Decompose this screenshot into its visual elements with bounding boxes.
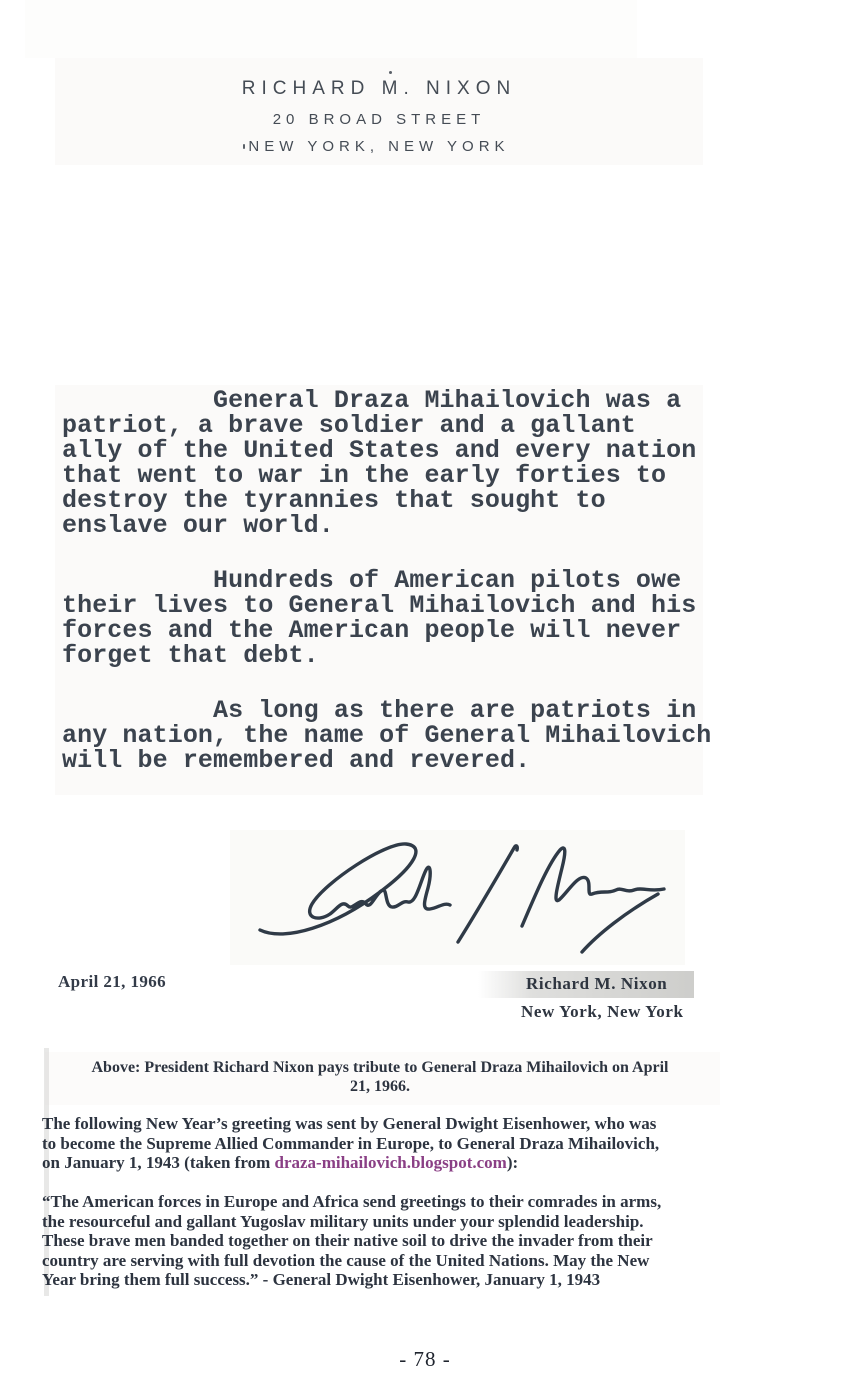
caption-line-2: 21, 1966. — [55, 1077, 705, 1096]
letter-paragraph-2: Hundreds of American pilots owe their li… — [62, 568, 762, 668]
signature-stroke-slash — [458, 846, 517, 942]
page-number: - 78 - — [0, 1347, 850, 1372]
signature-stroke-cross — [582, 894, 658, 952]
letter-body: General Draza Mihailovich was a patriot,… — [62, 388, 762, 803]
quote-line-2: the resourceful and gallant Yugoslav mil… — [42, 1212, 661, 1232]
signature-stroke-nixon — [522, 848, 664, 926]
scan-tick-artifact — [243, 144, 245, 149]
intro-line-3-before: on January 1, 1943 (taken from — [42, 1153, 275, 1172]
quote-line-4: country are serving with full devotion t… — [42, 1251, 661, 1271]
letter-paragraph-3: As long as there are patriots in any nat… — [62, 698, 762, 773]
letterhead-address-street: 20 BROAD STREET — [55, 111, 703, 128]
nixon-signature — [230, 830, 685, 965]
signed-name: Richard M. Nixon — [526, 974, 667, 994]
scan-dot-artifact — [389, 71, 392, 74]
eisenhower-quote: “The American forces in Europe and Afric… — [42, 1192, 661, 1290]
intro-line-3: on January 1, 1943 (taken from draza-mih… — [42, 1153, 659, 1173]
scan-shade-top — [25, 0, 637, 58]
signature-stroke-richard — [260, 844, 450, 934]
letterhead-address-city: NEW YORK, NEW YORK — [55, 138, 703, 155]
signed-location: New York, New York — [521, 1002, 684, 1022]
blogspot-link[interactable]: draza-mihailovich.blogspot.com — [275, 1153, 507, 1172]
intro-line-3-after: ): — [507, 1153, 518, 1172]
quote-line-5: Year bring them full success.” - General… — [42, 1270, 661, 1290]
intro-line-2: to become the Supreme Allied Commander i… — [42, 1134, 659, 1154]
intro-paragraph: The following New Year’s greeting was se… — [42, 1114, 659, 1173]
quote-line-3: These brave men banded together on their… — [42, 1231, 661, 1251]
quote-line-1: “The American forces in Europe and Afric… — [42, 1192, 661, 1212]
letter-date: April 21, 1966 — [58, 972, 166, 992]
letterhead-name: RICHARD M. NIXON — [55, 78, 703, 100]
letter-paragraph-1: General Draza Mihailovich was a patriot,… — [62, 388, 762, 538]
caption-line-1: Above: President Richard Nixon pays trib… — [55, 1058, 705, 1077]
image-caption: Above: President Richard Nixon pays trib… — [55, 1058, 705, 1096]
intro-line-1: The following New Year’s greeting was se… — [42, 1114, 659, 1134]
